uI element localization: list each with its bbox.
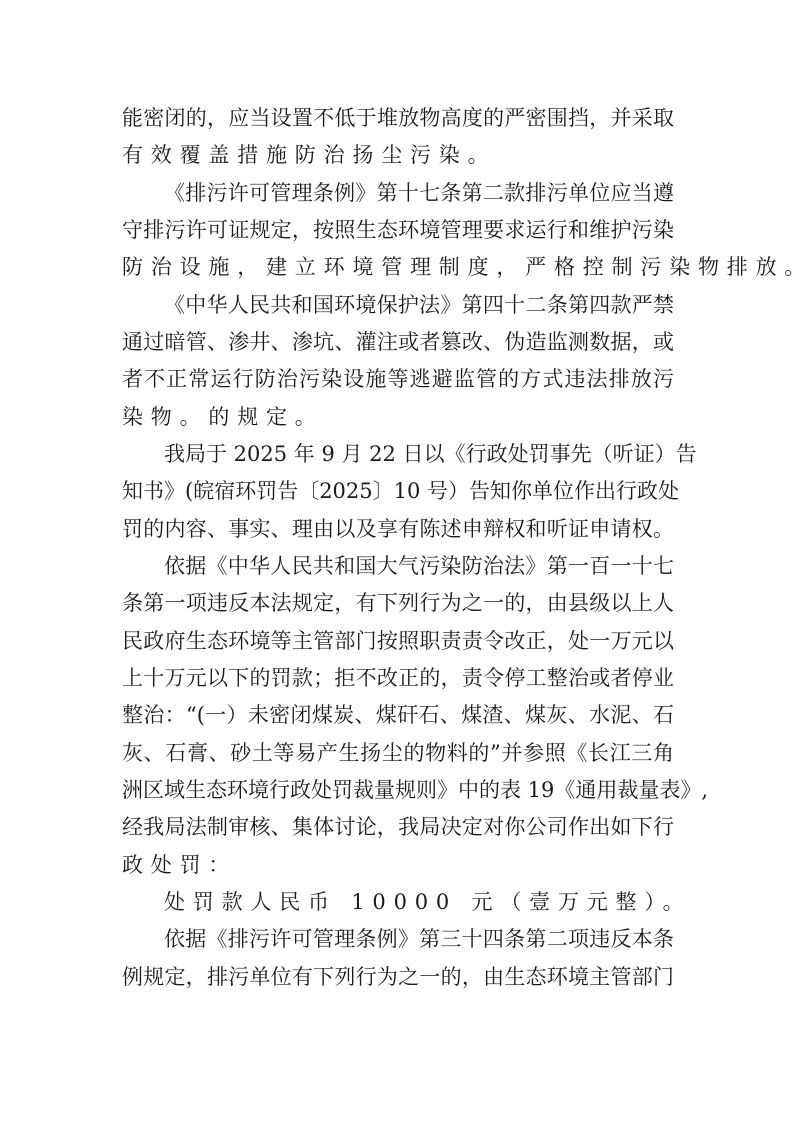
text-line: 灰、石膏、砂土等易产生扬尘的物料的”并参照《长江三角 <box>122 738 674 768</box>
text-line: 例规定，排污单位有下列行为之一的，由生态环境主管部门 <box>122 962 674 992</box>
text-line: 我局于 2025 年 9 月 22 日以《行政处罚事先（听证）告 <box>164 439 674 469</box>
text-line: 整治：“(一）未密闭煤炭、煤矸石、煤渣、煤灰、水泥、石 <box>122 700 674 730</box>
text-line: 有效覆盖措施防治扬尘污染。 <box>122 140 674 170</box>
text-line: 能密闭的，应当设置不低于堆放物高度的严密围挡，并采取 <box>122 103 674 133</box>
text-line: 政处罚： <box>122 850 674 880</box>
document-page: 能密闭的，应当设置不低于堆放物高度的严密围挡，并采取 有效覆盖措施防治扬尘污染。… <box>0 0 793 1122</box>
text-line: 依据《中华人民共和国大气污染防治法》第一百一十七 <box>164 551 674 581</box>
text-line: 条第一项违反本法规定，有下列行为之一的，由县级以上人 <box>122 588 674 618</box>
text-line: 《中华人民共和国环境保护法》第四十二条第四款严禁 <box>164 290 674 320</box>
text-line: 者不正常运行防治污染设施等逃避监管的方式违法排放污 <box>122 364 674 394</box>
text-line: 民政府生态环境等主管部门按照职责责令改正，处一万元以 <box>122 626 674 656</box>
text-line: 上十万元以下的罚款；拒不改正的，责令停工整治或者停业 <box>122 663 674 693</box>
text-line: 守排污许可证规定，按照生态环境管理要求运行和维护污染 <box>122 215 674 245</box>
text-line: 防治设施，建立环境管理制度，严格控制污染物排放。 <box>122 252 674 282</box>
text-line: 《排污许可管理条例》第十七条第二款排污单位应当遵 <box>164 178 674 208</box>
penalty-amount-line: 处罚款人民币 10000 元（壹万元整）。 <box>164 887 674 917</box>
text-line: 洲区域生态环境行政处罚裁量规则》中的表 19《通用裁量表》, <box>122 775 674 805</box>
text-line: 通过暗管、渗井、渗坑、灌注或者篡改、伪造监测数据，或 <box>122 327 674 357</box>
text-line: 经我局法制审核、集体讨论，我局决定对你公司作出如下行 <box>122 812 674 842</box>
text-line: 染物。的规定。 <box>122 402 674 432</box>
text-line: 依据《排污许可管理条例》第三十四条第二项违反本条 <box>164 924 674 954</box>
text-line: 知书》(皖宿环罚告〔2025〕10 号）告知你单位作出行政处 <box>122 476 674 506</box>
text-line: 罚的内容、事实、理由以及享有陈述申辩权和听证申请权。 <box>122 514 674 544</box>
